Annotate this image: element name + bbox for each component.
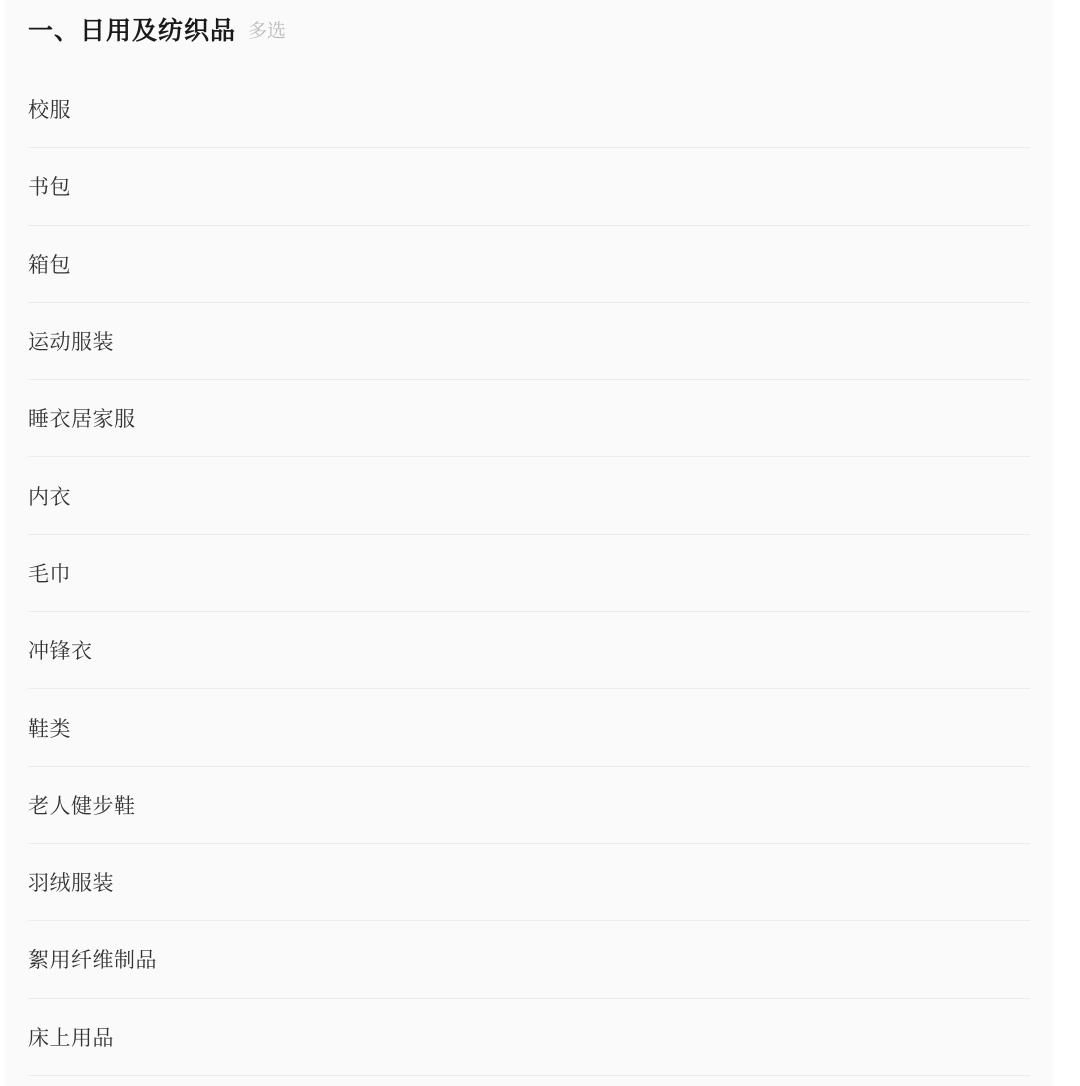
option-row[interactable]: 睡衣居家服 — [28, 380, 1030, 457]
option-label: 毛巾 — [28, 558, 71, 588]
question-block: 一、日用及纺织品 多选 校服 书包 箱包 运动服装 睡衣居家服 内衣 毛巾 冲锋… — [5, 0, 1053, 1086]
option-label: 老人健步鞋 — [28, 790, 136, 820]
option-label: 羽绒服装 — [28, 867, 114, 897]
option-label: 冲锋衣 — [28, 635, 93, 665]
question-type-badge: 多选 — [248, 16, 286, 43]
option-label: 运动服装 — [28, 326, 114, 356]
option-row[interactable]: 冲锋衣 — [28, 612, 1030, 689]
options-list: 校服 书包 箱包 运动服装 睡衣居家服 内衣 毛巾 冲锋衣 鞋类 老人健步鞋 羽… — [28, 71, 1030, 1076]
option-row[interactable]: 箱包 — [28, 226, 1030, 303]
question-title: 一、日用及纺织品 — [28, 11, 236, 47]
option-label: 书包 — [28, 171, 71, 201]
option-label: 内衣 — [28, 481, 71, 511]
option-row[interactable]: 运动服装 — [28, 303, 1030, 380]
option-label: 睡衣居家服 — [28, 403, 136, 433]
option-label: 絮用纤维制品 — [28, 944, 157, 974]
option-row[interactable]: 老人健步鞋 — [28, 767, 1030, 844]
option-row[interactable]: 书包 — [28, 148, 1030, 225]
option-label: 床上用品 — [28, 1022, 114, 1052]
option-label: 校服 — [28, 94, 71, 124]
question-header: 一、日用及纺织品 多选 — [28, 0, 1030, 58]
option-row[interactable]: 校服 — [28, 71, 1030, 148]
option-row[interactable]: 羽绒服装 — [28, 844, 1030, 921]
option-row[interactable]: 内衣 — [28, 457, 1030, 534]
option-label: 箱包 — [28, 249, 71, 279]
option-row[interactable]: 床上用品 — [28, 999, 1030, 1076]
option-label: 鞋类 — [28, 713, 71, 743]
option-row[interactable]: 鞋类 — [28, 689, 1030, 766]
option-row[interactable]: 毛巾 — [28, 535, 1030, 612]
option-row[interactable]: 絮用纤维制品 — [28, 921, 1030, 998]
